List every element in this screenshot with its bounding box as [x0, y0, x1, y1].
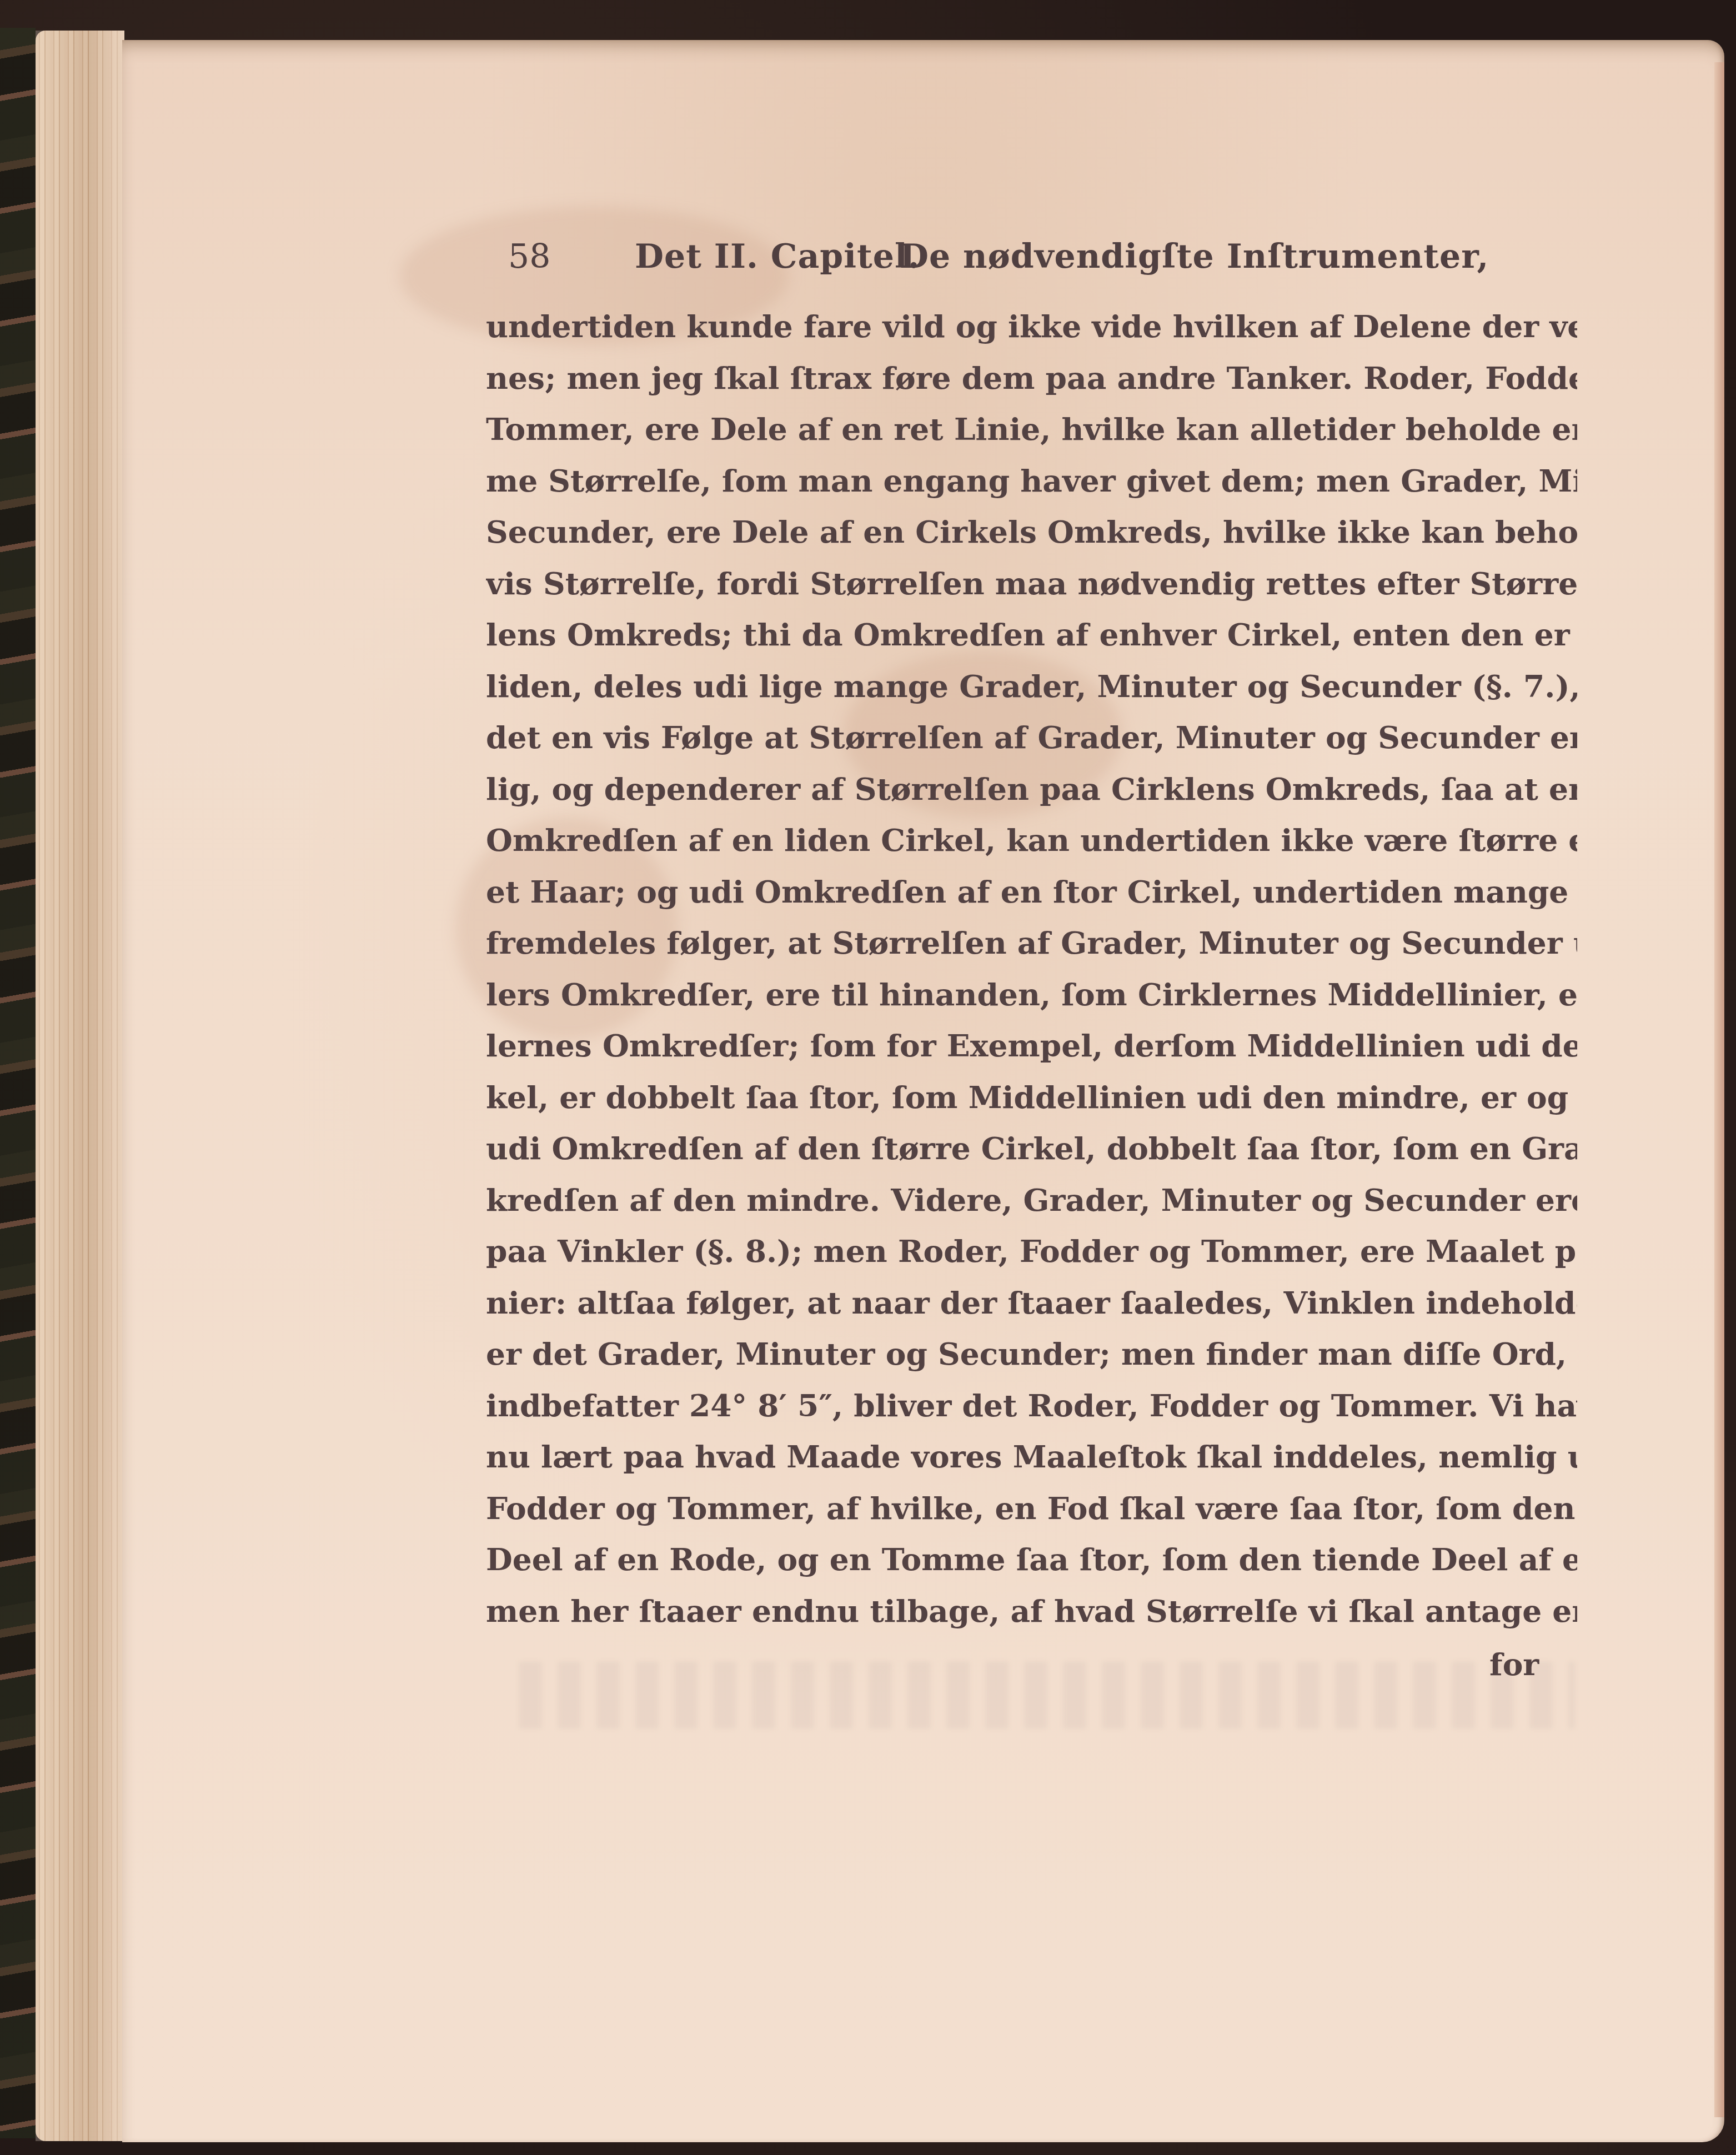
text-line: kel, er dobbelt ſaa ſtor, ſom Middellini… [486, 1072, 1577, 1124]
text-line: Secunder, ere Dele af en Cirkels Omkreds… [486, 507, 1577, 558]
text-line: lers Omkredſer, ere til hinanden, ſom Ci… [486, 969, 1577, 1021]
text-line: Tommer, ere Dele af en ret Linie, hvilke… [486, 404, 1577, 455]
text-line: Fodder og Tommer, af hvilke, en Fod ſkal… [486, 1483, 1577, 1535]
text-line: indbefatter 24° 8′ 5″, bliver det Roder,… [486, 1380, 1577, 1432]
catchword: for [1489, 1642, 1539, 1687]
text-line: me Størrelſe, ſom man engang haver givet… [486, 455, 1577, 507]
text-line: vis Størrelſe, fordi Størrelſen maa nødv… [486, 558, 1577, 610]
text-line: nes; men jeg ſkal ſtrax føre dem paa and… [486, 353, 1577, 404]
text-line: nier: altſaa følger, at naar der ſtaaer … [486, 1277, 1577, 1329]
text-line: lens Omkreds; thi da Omkredſen af enhver… [486, 609, 1577, 661]
text-line: fremdeles følger, at Størrelſen af Grade… [486, 918, 1577, 969]
text-line: kredſen af den mindre. Videre, Grader, M… [486, 1175, 1577, 1226]
running-head: 58 Det II. Capitel. De nødvendigſte Inſt… [508, 232, 1563, 282]
text-line: Omkredſen af en liden Cirkel, kan undert… [486, 815, 1577, 866]
chapter-label: Det II. Capitel. [635, 232, 920, 282]
text-line: liden, deles udi lige mange Grader, Minu… [486, 661, 1577, 713]
book-page: 58 Det II. Capitel. De nødvendigſte Inſt… [122, 40, 1724, 2142]
text-line: men her ſtaaer endnu tilbage, af hvad St… [486, 1586, 1577, 1637]
page-right-edge [1714, 62, 1724, 2117]
body-text: undertiden kunde fare vild og ikke vide … [486, 301, 1577, 1637]
marbled-board-edge [0, 28, 36, 2138]
text-line: paa Vinkler (§. 8.); men Roder, Fodder o… [486, 1226, 1577, 1277]
text-line: lernes Omkredſer; ſom for Exempel, derſo… [486, 1020, 1577, 1072]
text-line: nu lært paa hvad Maade vores Maaleſtok ſ… [486, 1431, 1577, 1483]
page-number: 58 [508, 232, 550, 282]
text-line: udi Omkredſen af den ſtørre Cirkel, dobb… [486, 1123, 1577, 1175]
show-through-text [519, 1662, 1574, 1728]
text-line: lig, og dependerer af Størrelſen paa Cir… [486, 764, 1577, 815]
text-line: det en vis Følge at Størrelſen af Grader… [486, 712, 1577, 764]
text-line: et Haar; og udi Omkredſen af en ſtor Cir… [486, 866, 1577, 918]
chapter-title: De nødvendigſte Inſtrumenter, [900, 232, 1489, 282]
text-line: er det Grader, Minuter og Secunder; men … [486, 1329, 1577, 1380]
page-block-edge [36, 31, 124, 2141]
text-line: undertiden kunde fare vild og ikke vide … [486, 301, 1577, 353]
text-line: Deel af en Rode, og en Tomme ſaa ſtor, ſ… [486, 1534, 1577, 1586]
